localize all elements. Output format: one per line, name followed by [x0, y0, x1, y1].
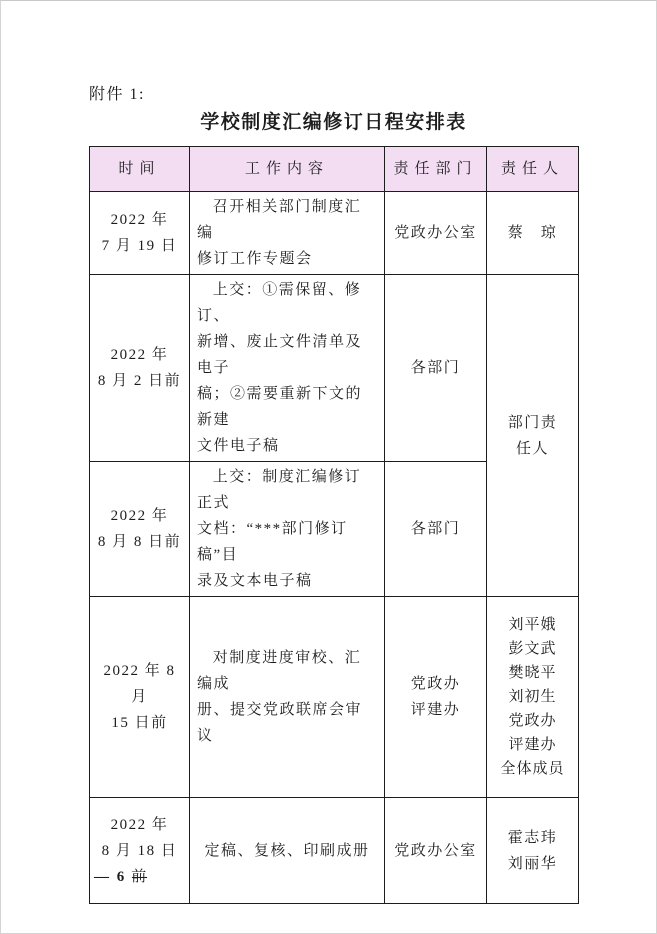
row3-time-cell: 2022 年 8 月 8 日前 — [90, 462, 190, 597]
row2-row3-person-merged-cell: 部门责 任人 — [487, 275, 579, 597]
header-time: 时间 — [90, 147, 190, 192]
row4-person-cell: 刘平娥 彭文武 樊晓平 刘初生 党政办 评建办 全体成员 — [487, 597, 579, 798]
row5-time-cell: 2022 年 8 月 18 日前 — [90, 798, 190, 904]
row3-department-cell: 各部门 — [385, 462, 487, 597]
header-content: 工作内容 — [190, 147, 385, 192]
schedule-table: 时间 工作内容 责任部门 责任人 2022 年 7 月 19 日 召开相关部门制… — [89, 146, 579, 904]
row4-department-cell: 党政办 评建办 — [385, 597, 487, 798]
table-row: 2022 年 8 月 15 日前 对制度进度审校、汇编成 册、提交党政联席会审议… — [90, 597, 579, 798]
row1-person-cell: 蔡 琼 — [487, 192, 579, 275]
row1-time-cell: 2022 年 7 月 19 日 — [90, 192, 190, 275]
table-row: 2022 年 8 月 18 日前 定稿、复核、印刷成册 党政办公室 霍志玮 刘丽… — [90, 798, 579, 904]
table-header-row: 时间 工作内容 责任部门 责任人 — [90, 147, 579, 192]
page-number: — 6 — — [94, 869, 149, 886]
header-person: 责任人 — [487, 147, 579, 192]
row5-person-cell: 霍志玮 刘丽华 — [487, 798, 579, 904]
row5-department-cell: 党政办公室 — [385, 798, 487, 904]
page-title: 学校制度汇编修订日程安排表 — [89, 107, 578, 134]
row2-department-cell: 各部门 — [385, 275, 487, 462]
row3-content-cell: 上交：制度汇编修订正式 文档：“***部门修订稿”目 录及文本电子稿 — [190, 462, 385, 597]
row2-time-cell: 2022 年 8 月 2 日前 — [90, 275, 190, 462]
table-row: 2022 年 8 月 2 日前 上交：①需保留、修订、 新增、废止文件清单及电子… — [90, 275, 579, 462]
header-department: 责任部门 — [385, 147, 487, 192]
row4-time-cell: 2022 年 8 月 15 日前 — [90, 597, 190, 798]
table-row: 2022 年 7 月 19 日 召开相关部门制度汇编 修订工作专题会 党政办公室… — [90, 192, 579, 275]
document-page: 附件 1: 学校制度汇编修订日程安排表 时间 工作内容 责任部门 责任人 202… — [0, 0, 657, 934]
row2-content-cell: 上交：①需保留、修订、 新增、废止文件清单及电子 稿；②需要重新下文的新建 文件… — [190, 275, 385, 462]
row4-content-cell: 对制度进度审校、汇编成 册、提交党政联席会审议 — [190, 597, 385, 798]
attachment-label: 附件 1: — [89, 81, 145, 104]
row1-content-cell: 召开相关部门制度汇编 修订工作专题会 — [190, 192, 385, 275]
row5-content-cell: 定稿、复核、印刷成册 — [190, 798, 385, 904]
row1-department-cell: 党政办公室 — [385, 192, 487, 275]
